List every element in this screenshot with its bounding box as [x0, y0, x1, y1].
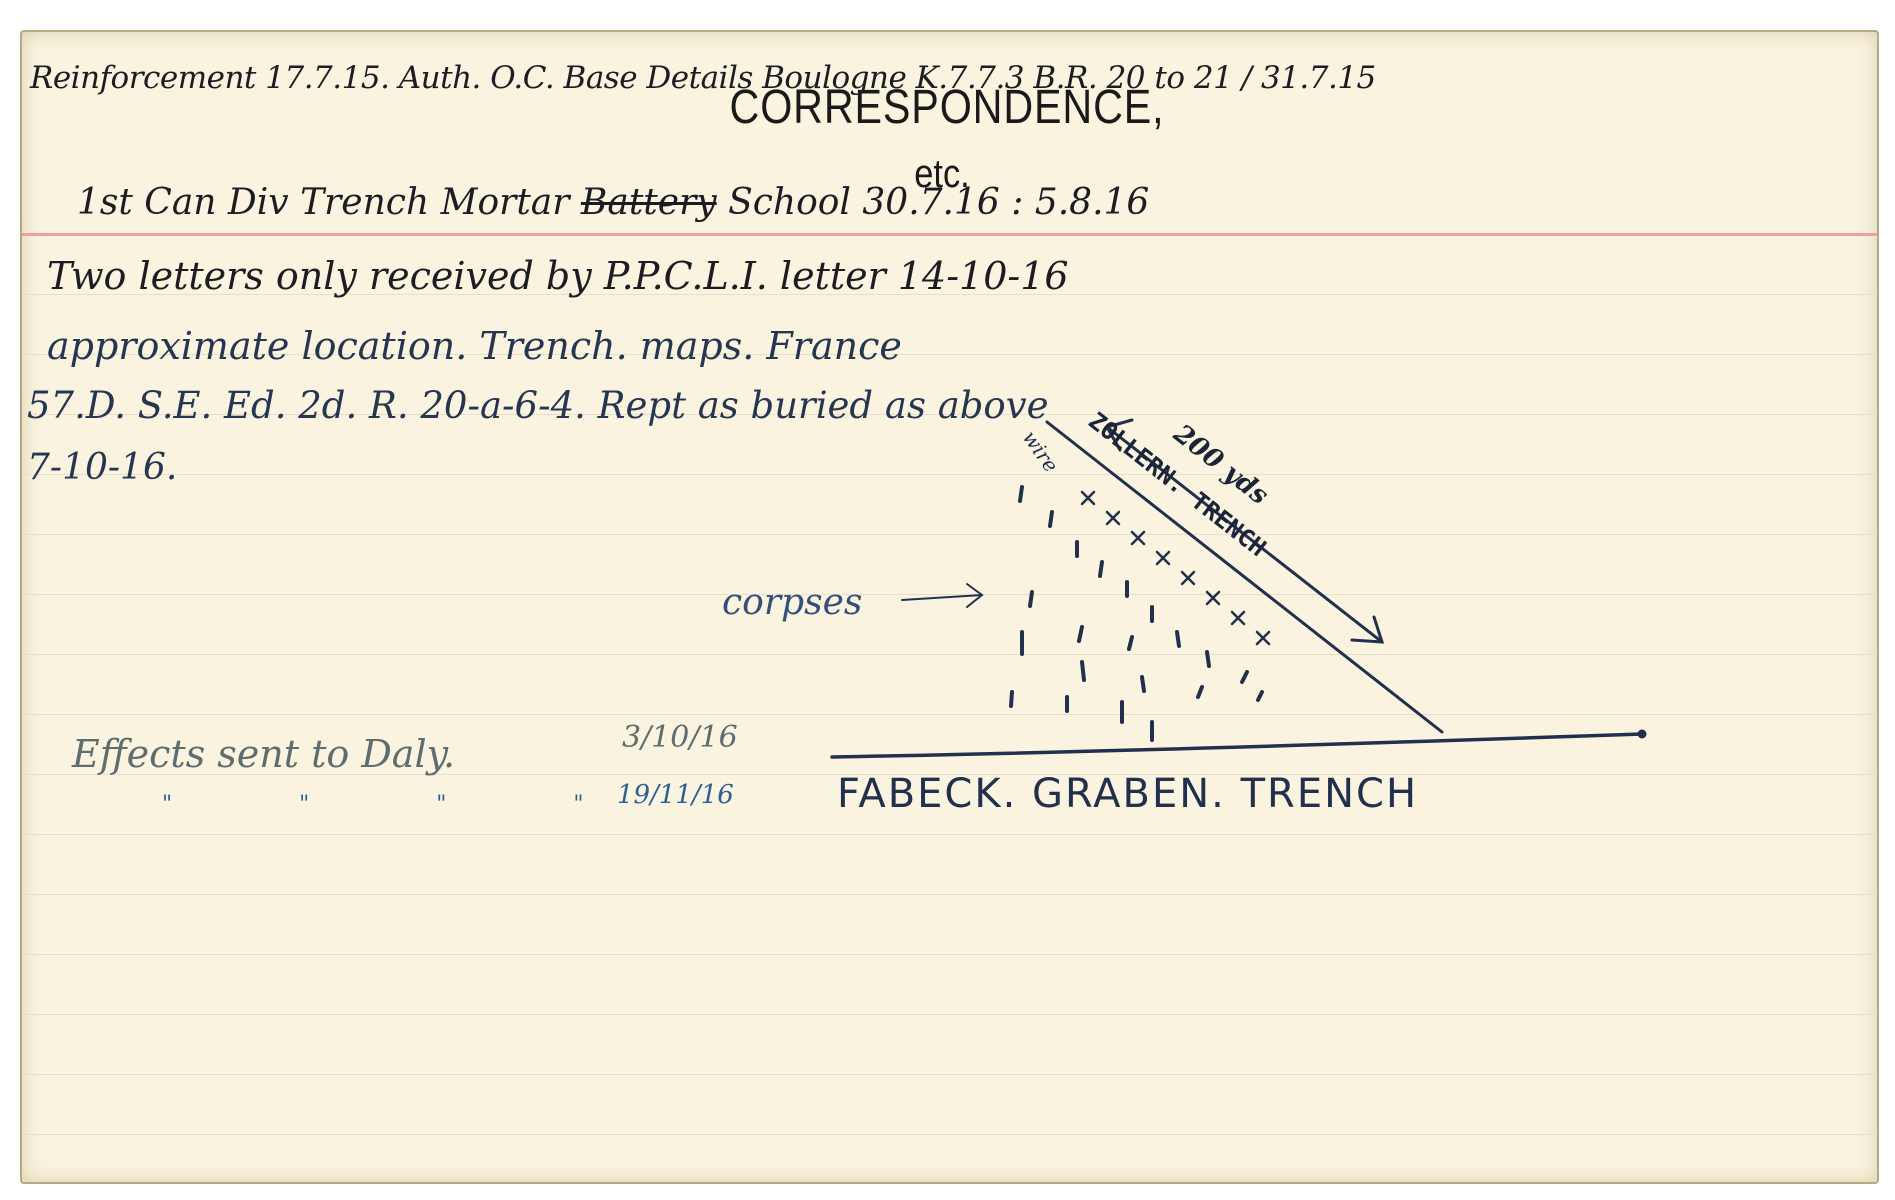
correspondence-card: CORRESPONDENCE, etc. Reinforcement 17.7.… [20, 30, 1879, 1184]
fabeck-trench-label: FABECK. GRABEN. TRENCH [837, 771, 1418, 817]
wire-label: wire [1018, 426, 1063, 477]
corpses-label: corpses [722, 582, 862, 623]
trench-sketch: ZOLLERN. TRENCH 200 yds wire corpses FAB… [22, 32, 1877, 1182]
